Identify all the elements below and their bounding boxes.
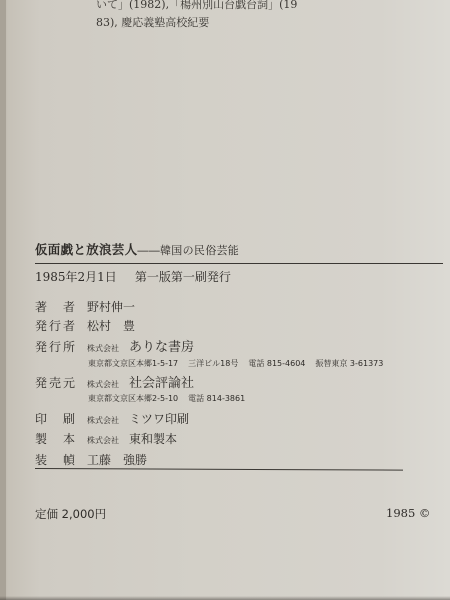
label-author: 著 者: [35, 298, 87, 315]
row-publisher: 発行者松村 豊: [35, 315, 135, 334]
address-transfer: 振替東京 3-61373: [315, 359, 383, 368]
row-author: 著 者野村伸一: [35, 296, 135, 315]
price: 定価 2,000円: [35, 506, 106, 522]
row-publishing-house: 発行所株式会社ありな書房: [35, 336, 194, 355]
value-publishing-house: ありな書房: [129, 340, 194, 355]
book-spine-edge: [0, 0, 6, 600]
title-subtitle: ――韓国の民俗芸能: [137, 244, 239, 257]
address-street: 東京都文京区本郷2-5-10: [88, 394, 178, 403]
label-binder: 製 本: [35, 430, 87, 447]
publishing-house-address: 東京都文京区本郷1-5-17三洋ビル18号電話 815-4604振替東京 3-6…: [88, 358, 393, 369]
title-main: 仮面戯と放浪芸人: [35, 242, 137, 257]
label-publishing-house: 発行所: [35, 338, 87, 355]
value-printer: ミツワ印刷: [129, 412, 189, 426]
corp-prefix: 株式会社: [87, 344, 119, 353]
value-author: 野村伸一: [87, 300, 135, 314]
page-bottom-shadow: [0, 596, 450, 600]
label-designer: 装 幀: [35, 451, 87, 468]
value-distributor: 社会評論社: [129, 376, 194, 391]
corp-prefix: 株式会社: [87, 380, 119, 389]
address-building: 三洋ビル18号: [188, 359, 238, 368]
title-rule: [35, 263, 443, 264]
value-binder: 東和製本: [129, 432, 177, 446]
row-printer: 印 刷株式会社ミツワ印刷: [35, 408, 189, 427]
address-phone: 電話 814-3861: [188, 394, 245, 403]
distributor-address: 東京都文京区本郷2-5-10電話 814-3861: [88, 393, 255, 404]
previous-text-line-1: いて」(1982),「楊州別山台戯台詞」(19: [96, 0, 297, 12]
label-publisher: 発行者: [35, 317, 87, 334]
row-binder: 製 本株式会社東和製本: [35, 428, 177, 447]
row-designer: 装 幀工藤 強勝: [35, 449, 147, 468]
address-phone: 電話 815-4604: [248, 359, 305, 368]
footer-rule: [35, 468, 403, 471]
label-distributor: 発売元: [35, 374, 87, 391]
publication-date-line: 1985年2月1日第一版第一刷発行: [35, 268, 231, 285]
publication-date: 1985年2月1日: [35, 270, 117, 284]
value-publisher: 松村 豊: [87, 319, 135, 333]
book-title: 仮面戯と放浪芸人――韓国の民俗芸能: [35, 240, 239, 258]
copyright: 1985 ©: [386, 506, 430, 520]
value-designer: 工藤 強勝: [87, 453, 147, 467]
label-printer: 印 刷: [35, 410, 87, 427]
row-distributor: 発売元株式会社社会評論社: [35, 372, 194, 391]
address-street: 東京都文京区本郷1-5-17: [88, 359, 178, 368]
edition-info: 第一版第一刷発行: [135, 270, 231, 284]
corp-prefix: 株式会社: [87, 436, 119, 445]
corp-prefix: 株式会社: [87, 416, 119, 425]
previous-text-line-2: 83), 慶応義塾高校紀要: [96, 14, 209, 30]
